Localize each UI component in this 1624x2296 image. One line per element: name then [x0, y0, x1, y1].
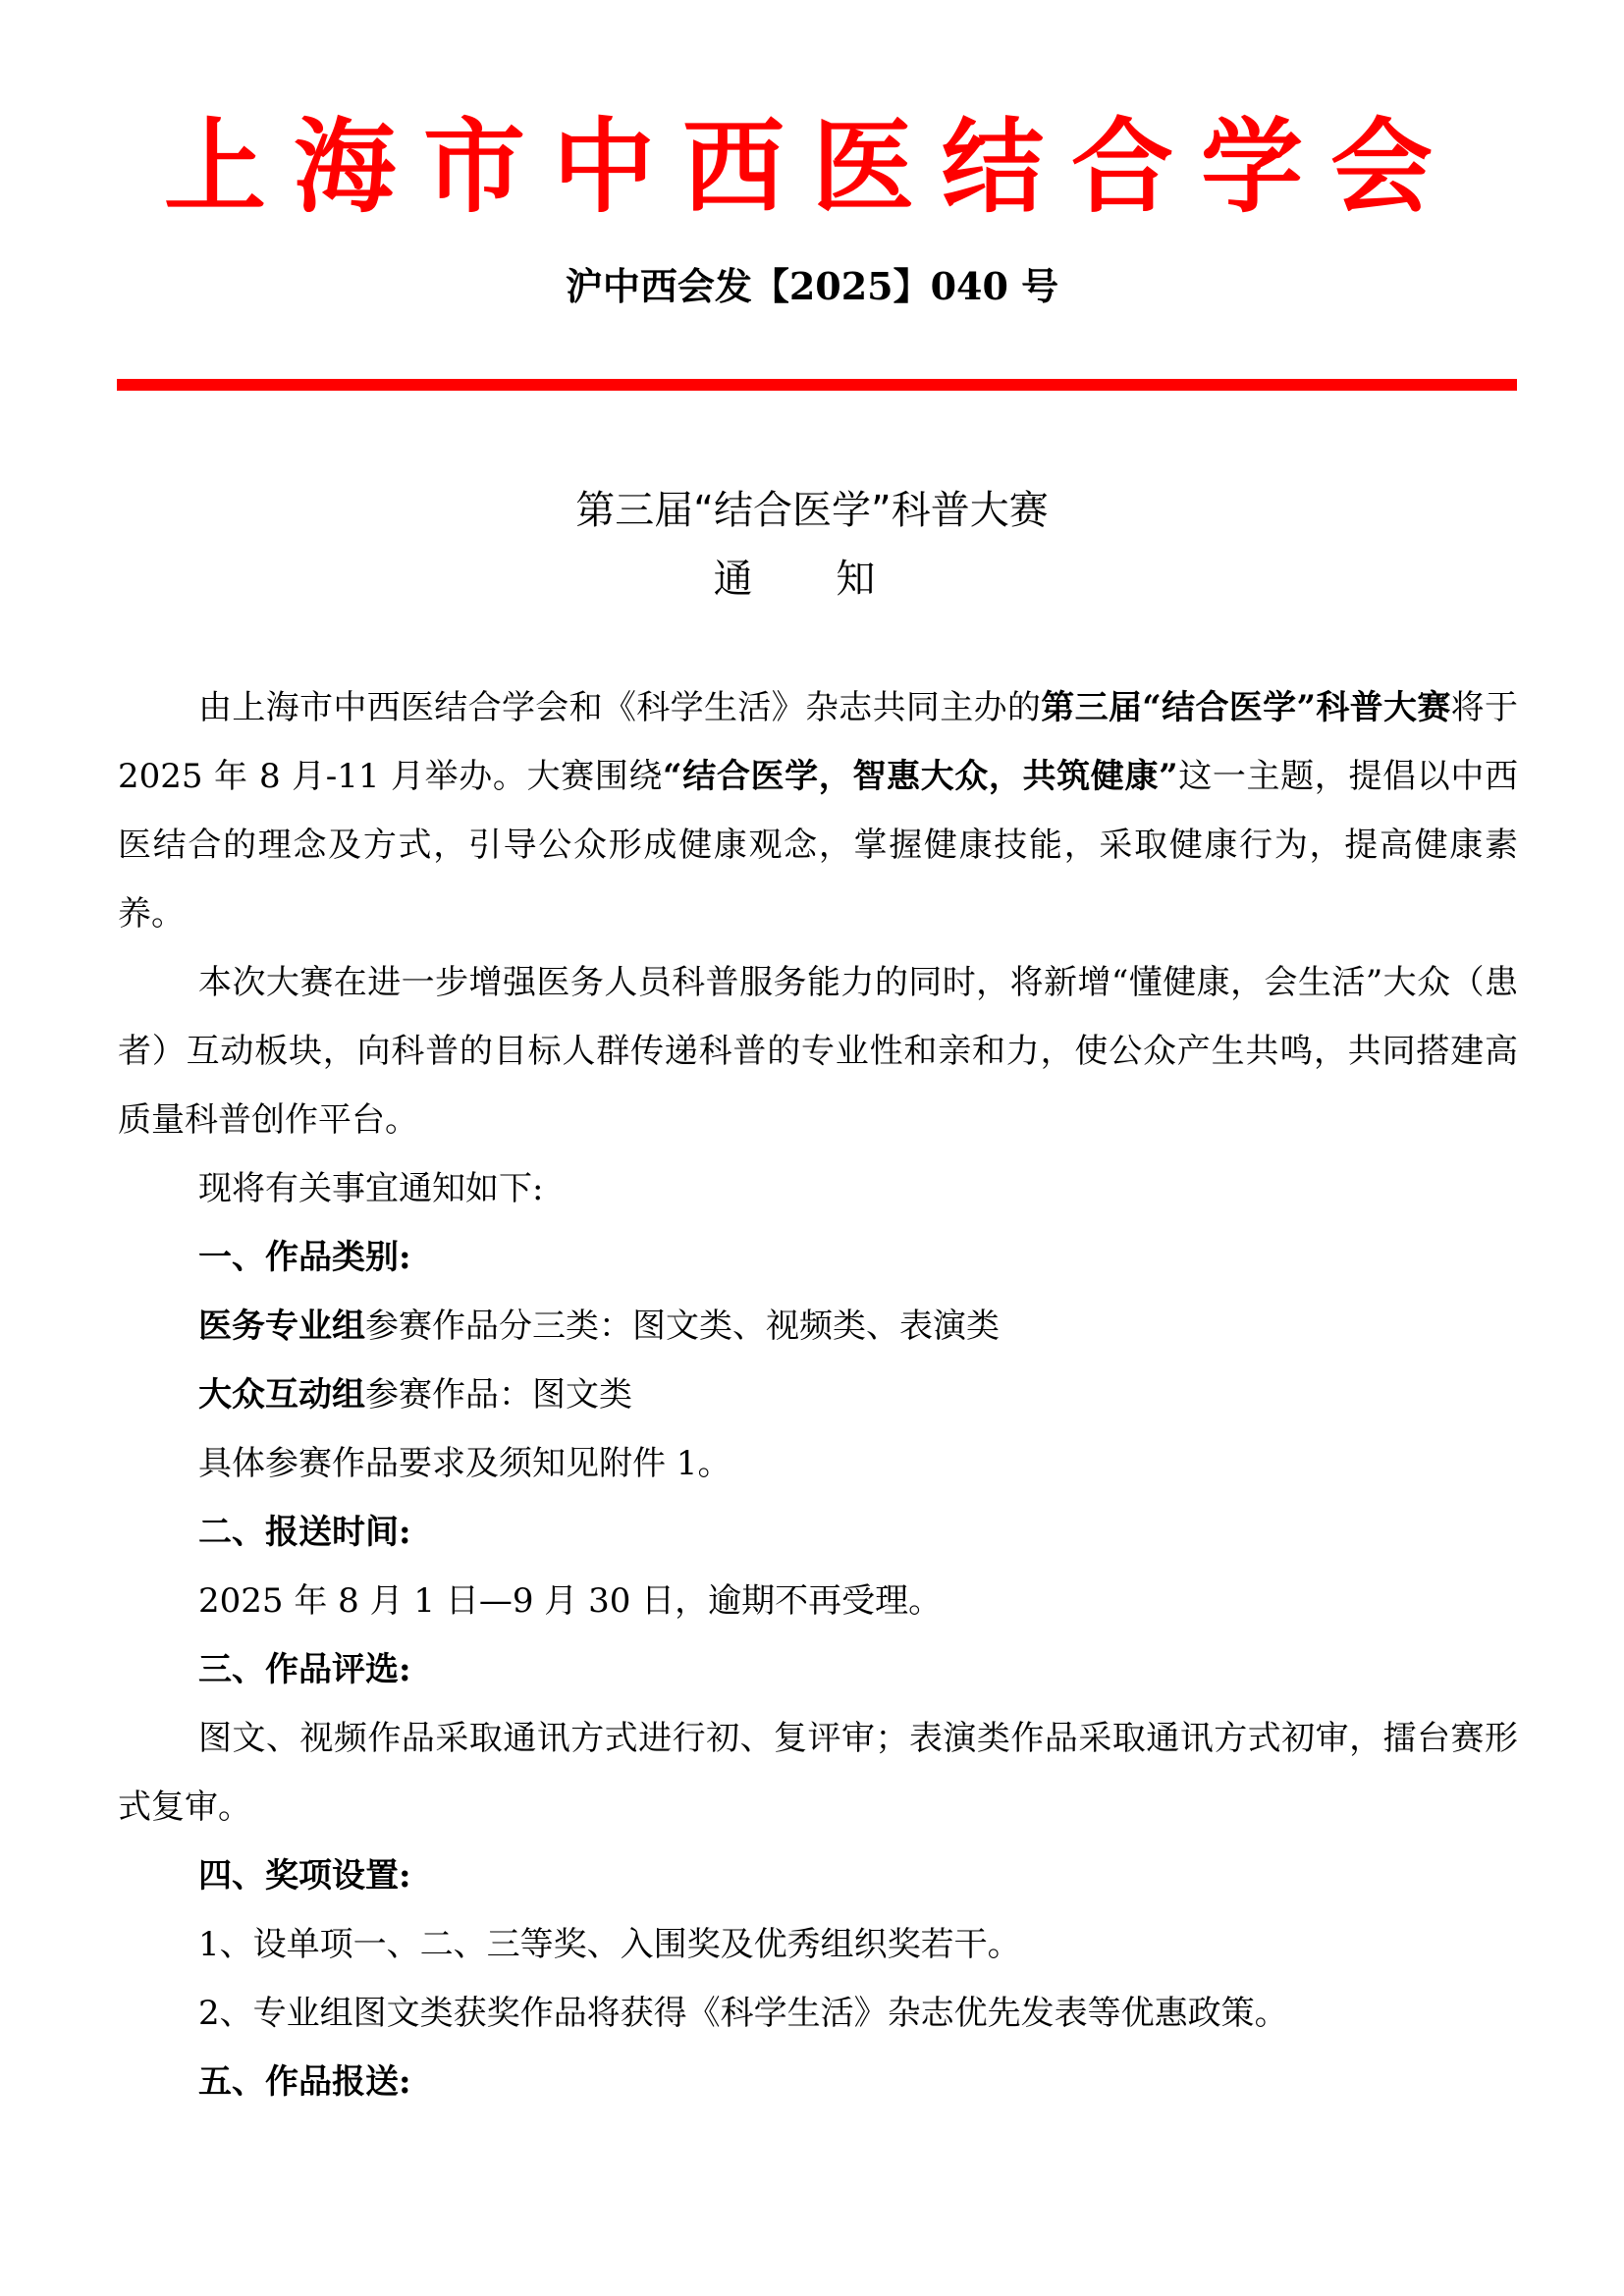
section-line: 图文、视频作品采取通讯方式进行初、复评审；表演类作品采取通讯方式初审，擂台赛形式… [118, 1704, 1518, 1842]
section-4: 四、奖项设置: 1、设单项一、二、三等奖、入围奖及优秀组织奖若干。 2、专业组图… [118, 1842, 1518, 2048]
intro-text: 由上海市中西医结合学会和《科学生活》杂志共同主办的 [198, 688, 1041, 727]
section-heading: 三、作品评选: [118, 1635, 1518, 1704]
organization-title: 上海市中西医结合学会 [0, 103, 1624, 231]
section-1: 一、作品类别: 医务专业组参赛作品分三类：图文类、视频类、表演类 大众互动组参赛… [118, 1223, 1518, 1498]
paragraph-3: 现将有关事宜通知如下: [118, 1154, 1518, 1223]
section-heading: 一、作品类别: [198, 1223, 1518, 1292]
document-number: 沪中西会发【2025】040 号 [0, 263, 1624, 310]
section-line: 2025 年 8 月 1 日—9 月 30 日，逾期不再受理。 [198, 1567, 1518, 1635]
paragraph-2: 本次大赛在进一步增强医务人员科普服务能力的同时，将新增“懂健康，会生活”大众（患… [118, 948, 1518, 1154]
section-heading: 二、报送时间: [198, 1498, 1518, 1567]
section-3: 三、作品评选: 图文、视频作品采取通讯方式进行初、复评审；表演类作品采取通讯方式… [118, 1635, 1518, 1842]
document-body: 由上海市中西医结合学会和《科学生活》杂志共同主办的第三届“结合医学”科普大赛将于… [118, 673, 1518, 2116]
section-2: 二、报送时间: 2025 年 8 月 1 日—9 月 30 日，逾期不再受理。 [118, 1498, 1518, 1635]
intro-paragraph: 由上海市中西医结合学会和《科学生活》杂志共同主办的第三届“结合医学”科普大赛将于… [118, 673, 1518, 948]
group-name: 医务专业组 [198, 1307, 365, 1346]
group-name: 大众互动组 [198, 1375, 365, 1415]
red-divider [117, 379, 1517, 391]
group-desc: 参赛作品：图文类 [365, 1375, 632, 1415]
contest-name: 第三届“结合医学”科普大赛 [1041, 688, 1450, 727]
section-line: 2、专业组图文类获奖作品将获得《科学生活》杂志优先发表等优惠政策。 [198, 1979, 1518, 2048]
group-desc: 参赛作品分三类：图文类、视频类、表演类 [365, 1307, 1000, 1346]
contest-theme: “结合医学，智惠大众，共筑健康” [663, 757, 1178, 796]
section-line: 大众互动组参赛作品：图文类 [198, 1361, 1518, 1429]
section-line: 医务专业组参赛作品分三类：图文类、视频类、表演类 [198, 1292, 1518, 1361]
section-line: 具体参赛作品要求及须知见附件 1。 [198, 1429, 1518, 1498]
notice-title: 第三届“结合医学”科普大赛 [0, 481, 1624, 540]
section-heading: 五、作品报送: [198, 2048, 1518, 2116]
notice-subtitle: 通 知 [0, 550, 1624, 609]
section-line: 1、设单项一、二、三等奖、入围奖及优秀组织奖若干。 [198, 1910, 1518, 1979]
section-5: 五、作品报送: [118, 2048, 1518, 2116]
section-heading: 四、奖项设置: [198, 1842, 1518, 1910]
